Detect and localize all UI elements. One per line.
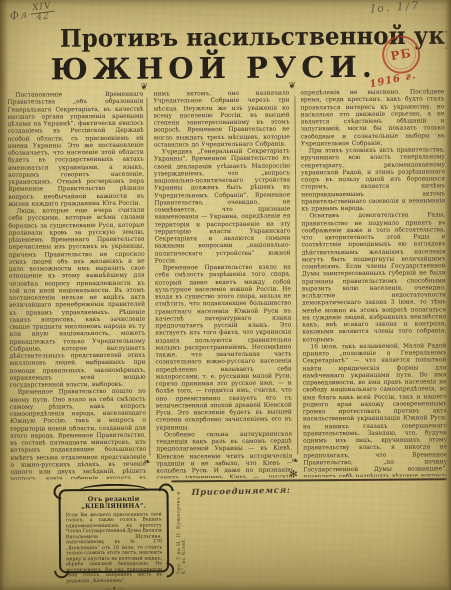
document-page: ФлXIV42 Іо. 1/7 Противъ насильственной у… — [0, 0, 451, 590]
paragraph: Временное Правительство пошло по иному п… — [10, 388, 147, 480]
editorial-note-heading: Отъ редакціи „КІЕВЛЯНИНА“. — [66, 496, 162, 511]
scan-edge-right — [445, 0, 451, 590]
printer-imprint: Тип. Т-ва И. Н. Кушнеревъ и К°, въ Кіевѣ… — [177, 488, 188, 574]
paragraph: Особенно сильна антиукраинская тенденція… — [156, 430, 292, 478]
editorial-note-box: Отъ редакціи „КІЕВЛЯНИНА“. Если Вы желае… — [59, 488, 170, 573]
editorial-note-body: Если Вы желаете присоединить свой голосъ… — [66, 512, 163, 584]
scan-edge-left — [0, 0, 8, 590]
archival-mark-prefix: Фл — [9, 8, 29, 23]
text-column-3-paragraphs: опредѣленія не выяснено. Послѣднее время… — [300, 88, 447, 477]
scanned-sheet: ФлXIV42 Іо. 1/7 Противъ насильственной у… — [0, 0, 451, 590]
paragraph: 16 іюля, такъ называемой, Малой Радой пр… — [302, 342, 447, 477]
column-divider — [294, 96, 298, 454]
paragraph: нимъ актомъ, оно назначило Учредительное… — [153, 89, 289, 148]
archival-fraction: XIV42 — [30, 2, 56, 24]
paragraph: опредѣленія не выяснено. Послѣднее время… — [300, 88, 444, 147]
text-column-2: нимъ актомъ, оно назначило Учредительное… — [153, 89, 292, 478]
page-title-line-2: ЮЖНОЙ РУСИ. — [38, 50, 389, 87]
text-column-3: опредѣленія не выяснено. Послѣднее время… — [300, 88, 447, 477]
footer-separator-rule — [171, 478, 447, 482]
paragraph: При этихъ условіяхъ актъ правительства, … — [301, 146, 446, 212]
paragraph: Освятивъ домогательства Рады, правительс… — [301, 212, 446, 344]
divider-ornament-icon: ❦ — [288, 82, 296, 91]
paragraph: Постановленіе Временнаго Правительства „… — [7, 91, 144, 208]
paragraph: Учредивъ „Генеральный Секретаріатъ Украи… — [154, 147, 291, 264]
archival-mark-top-left: ФлXIV42 — [9, 2, 56, 27]
divider-ornament-icon: ❧ — [291, 457, 299, 466]
text-column-1: Постановленіе Временнаго Правительства „… — [7, 91, 146, 480]
stamp-initials: РБ — [389, 46, 412, 63]
paragraph: Временное Правительство взяло на себя см… — [155, 263, 292, 431]
archival-mark-top-right: Іо. 1/7 — [371, 0, 422, 16]
frame-crest-icon — [78, 484, 148, 492]
archival-fraction-denominator: 42 — [31, 12, 55, 24]
column-divider — [146, 98, 150, 456]
paragraph: Люди, которые еще вчера считали себя рус… — [8, 207, 145, 389]
join-note: Присоединяемся: — [191, 486, 290, 499]
box-ornament-icon: — ✦ — — [66, 585, 162, 590]
